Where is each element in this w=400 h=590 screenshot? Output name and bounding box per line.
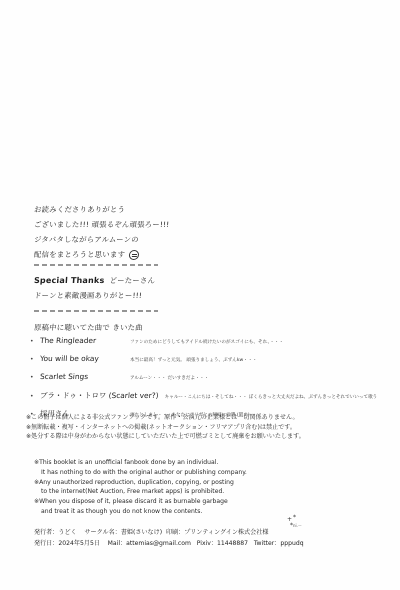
notes-japanese: ※この冊子は個人による非公式ファンブックです。原作・公演元の企業様とは一切関係あ… xyxy=(26,413,386,442)
playlist-heading: 原稿中に聴いてた曲で きいた曲 xyxy=(34,320,143,335)
playlist-title: 原稿中に聴いてた曲で きいた曲 xyxy=(33,320,143,335)
playlist-item: • ブラ・ドゥ・トロワ (Scarlet ver?) キャルー・こんにちは・そし… xyxy=(30,390,390,408)
printer-label: 印刷： xyxy=(166,529,184,536)
note-line: to the internet(Net Auction, Free market… xyxy=(34,487,394,497)
publisher-label: 発行者： xyxy=(34,529,58,536)
twitter-handle: pppudq xyxy=(280,540,303,547)
colophon-line-2: 発行日：2024年5月5日 Mail：attemias@gmail.com Pi… xyxy=(34,538,394,549)
playlist-item: • You will be okay 本当に最高！ずっと元気。 頑張りましょう、… xyxy=(30,354,390,372)
circle-label: サークル名： xyxy=(84,529,120,536)
mail-label: Mail： xyxy=(108,540,126,547)
publisher: うどく xyxy=(58,529,76,536)
bullet-icon: • xyxy=(30,356,40,363)
dashed-divider xyxy=(34,264,158,266)
song-comment: キャルー・こんにちは・そしてね・・・ ぼくらきっと大丈夫だよね、ぶずんきっとそれ… xyxy=(165,394,378,400)
bullet-icon: • xyxy=(30,393,40,400)
publish-date: 2024年5月5日 xyxy=(58,540,100,547)
song-title: ブラ・ドゥ・トロワ (Scarlet ver?) xyxy=(40,390,159,401)
circle-name: 書姫(さいなけ) xyxy=(121,529,162,536)
colophon-line-1: 発行者：うどく サークル名：書姫(さいなけ) 印刷：プリンティングイン株式会社様 xyxy=(34,527,394,538)
song-comment: アルムーン・・・ だいすきだよ・・・ xyxy=(130,375,209,381)
note-line: ※この冊子は個人による非公式ファンブックです。原作・公演元の企業様とは一切関係あ… xyxy=(26,413,386,423)
smiley-icon xyxy=(129,250,140,260)
printer: プリンティングイン株式会社様 xyxy=(184,529,268,536)
bullet-icon: • xyxy=(30,374,40,381)
star-icon: * xyxy=(293,514,296,521)
note-line: ※This booklet is an unofficial fanbook d… xyxy=(34,458,394,468)
afterword-message: お読みくださりありがとう ございました!!! 頑張るぞん頑張ろー!!! ジタバタ… xyxy=(34,202,169,262)
afterword-line: 配信をまとろうと思います xyxy=(34,250,126,259)
note-line: ※When you dispose of it, please discard … xyxy=(34,497,394,507)
special-thanks-section: Special Thanks どーたーさん ドーンと素敵漫画ありがとー!!! xyxy=(34,273,155,303)
note-line: ※処分する際は中身がわからない状態にしていただいた上で可燃ゴミとして廃棄をお願い… xyxy=(26,432,386,442)
bullet-icon: • xyxy=(30,338,40,345)
mail-address[interactable]: attemias@gmail.com xyxy=(126,540,191,547)
special-thanks-message: ドーンと素敵漫画ありがとー!!! xyxy=(33,288,155,303)
colophon: 発行者：うどく サークル名：書姫(さいなけ) 印刷：プリンティングイン株式会社様… xyxy=(34,527,394,549)
twitter-label: Twitter： xyxy=(254,540,281,547)
dashed-divider xyxy=(34,310,158,312)
note-line: and treat it as though you do not know t… xyxy=(34,507,394,517)
note-line: It has nothing to do with the original a… xyxy=(34,468,394,478)
note-line: ※Any unauthorized reproduction, duplicat… xyxy=(34,478,394,488)
song-comment: ファンのためにどうしてもアイドル続けたいのがスゴイにも、それ、・・・ xyxy=(130,339,284,345)
pixiv-label: Pixiv： xyxy=(197,540,217,547)
afterword-line: ジタバタしながらアルムーンの xyxy=(33,232,169,247)
date-label: 発行日： xyxy=(34,540,58,547)
song-title: You will be okay xyxy=(40,354,125,363)
afterword-line: ございました!!! 頑張るぞん頑張ろー!!! xyxy=(33,217,169,232)
pixiv-id: 11448887 xyxy=(217,540,248,547)
playlist-item: • Scarlet Sings アルムーン・・・ だいすきだよ・・・ xyxy=(30,372,390,390)
special-thanks-name: どーたーさん xyxy=(109,276,155,285)
song-comment: 本当に最高！ずっと元気。 頑張りましょう、ぶずんkw・・・ xyxy=(130,357,257,363)
special-thanks-title: Special Thanks xyxy=(34,276,105,285)
song-title: The Ringleader xyxy=(40,336,125,345)
afterword-line: お読みくださりありがとう xyxy=(33,202,169,217)
notes-english: ※This booklet is an unofficial fanbook d… xyxy=(34,458,394,517)
song-title: Scarlet Sings xyxy=(40,372,125,381)
playlist-item: • The Ringleader ファンのためにどうしてもアイドル続けたいのがス… xyxy=(30,336,390,354)
note-line: ※無断転載・複写・インターネットへの掲載(ネットオークション・フリマアプリ含む)… xyxy=(26,423,386,433)
